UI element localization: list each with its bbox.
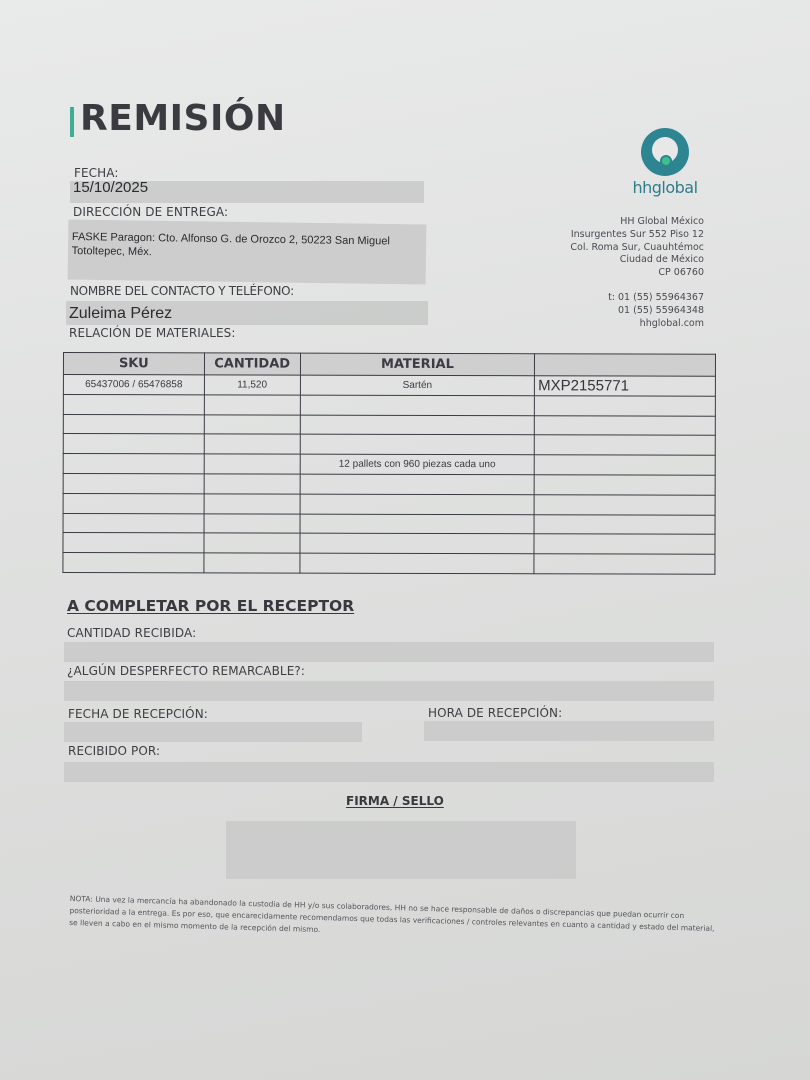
table-header-row: SKU CANTIDAD MATERIAL: [63, 353, 715, 377]
company-line: Col. Roma Sur, Cuauhtémoc: [570, 242, 704, 255]
table-row: 12 pallets con 960 piezas cada uno: [63, 454, 715, 476]
desperfecto-field[interactable]: [64, 681, 714, 701]
cantidad-cell: [204, 434, 300, 454]
sku-cell: [63, 414, 204, 434]
table-row: [63, 513, 715, 535]
material-cell: [300, 474, 535, 494]
material-cell: [300, 514, 535, 534]
sku-cell: [63, 454, 204, 474]
fecha-recepcion-label: FECHA DE RECEPCIÓN:: [68, 707, 208, 721]
fecha-label: FECHA:: [74, 166, 119, 180]
company-line: Insurgentes Sur 552 Piso 12: [570, 229, 704, 242]
cantidad-cell: [204, 414, 300, 434]
table-row: [63, 414, 715, 436]
material-cell: [300, 533, 535, 553]
table-row: 65437006 / 6547685811,520SarténMXP215577…: [63, 375, 715, 397]
hora-recepcion-field[interactable]: [424, 721, 714, 741]
cantidad-recibida-field[interactable]: [64, 642, 714, 662]
sku-cell: 65437006 / 65476858: [63, 375, 204, 395]
header-material: MATERIAL: [300, 353, 535, 376]
sku-cell: [63, 533, 204, 553]
material-cell: 12 pallets con 960 piezas cada uno: [300, 454, 535, 474]
reference-cell: [535, 415, 716, 435]
hora-recepcion-label: HORA DE RECEPCIÓN:: [428, 706, 562, 720]
header-sku: SKU: [63, 353, 204, 375]
sku-cell: [63, 473, 204, 493]
firma-sello-field[interactable]: [226, 821, 576, 879]
direccion-label: DIRECCIÓN DE ENTREGA:: [73, 205, 228, 219]
material-cell: [300, 553, 535, 573]
hhglobal-logo-icon: [641, 128, 689, 176]
logo-wordmark: hhglobal: [620, 178, 710, 197]
cantidad-cell: [204, 553, 300, 573]
table-row: [63, 533, 715, 555]
cantidad-cell: [204, 454, 300, 474]
material-cell: [300, 415, 535, 435]
material-cell: [300, 395, 535, 415]
cantidad-cell: 11,520: [204, 375, 300, 395]
recibido-por-label: RECIBIDO POR:: [68, 744, 160, 758]
reference-cell: [535, 396, 716, 416]
cantidad-cell: [204, 494, 300, 514]
cantidad-cell: [204, 395, 300, 415]
reference-cell: MXP2155771: [535, 376, 716, 396]
reference-cell: [534, 435, 715, 455]
header-extra: [535, 354, 716, 376]
remision-document: REMISIÓN FECHA: 15/10/2025 DIRECCIÓN DE …: [0, 0, 810, 1080]
reference-cell: [534, 534, 715, 554]
table-row: [63, 493, 715, 515]
materials-table: SKU CANTIDAD MATERIAL 65437006 / 6547685…: [62, 352, 716, 575]
nota-disclaimer: NOTA: Una vez la mercancía ha abandonado…: [69, 893, 720, 947]
company-line: CP 06760: [570, 267, 704, 280]
contacto-label: NOMBRE DEL CONTACTO Y TELÉFONO:: [70, 284, 294, 298]
reference-cell: [534, 475, 715, 495]
recibido-por-field[interactable]: [64, 762, 714, 782]
material-cell: [300, 494, 535, 514]
company-phone-1: t: 01 (55) 55964367: [570, 292, 704, 305]
company-line: HH Global México: [570, 216, 704, 229]
receptor-section-title: A COMPLETAR POR EL RECEPTOR: [67, 597, 354, 615]
table-row: [63, 553, 715, 575]
contacto-value: Zuleima Pérez: [69, 305, 172, 323]
cantidad-cell: [204, 513, 300, 533]
material-cell: Sartén: [300, 375, 535, 395]
reference-cell: [534, 514, 715, 534]
hhglobal-logo: hhglobal: [620, 128, 710, 197]
materiales-label: RELACIÓN DE MATERIALES:: [69, 326, 236, 340]
sku-cell: [63, 394, 204, 414]
reference-cell: [534, 554, 715, 574]
table-row: [63, 473, 715, 495]
table-row: [63, 434, 715, 456]
company-website: hhglobal.com: [570, 318, 704, 331]
sku-cell: [63, 553, 204, 573]
material-cell: [300, 435, 535, 455]
company-phone-2: 01 (55) 55964348: [570, 305, 704, 318]
sku-cell: [63, 493, 204, 513]
title-text: REMISIÓN: [80, 98, 286, 139]
firma-sello-label: FIRMA / SELLO: [346, 794, 444, 808]
cantidad-cell: [204, 533, 300, 553]
cantidad-cell: [204, 474, 300, 494]
header-cantidad: CANTIDAD: [204, 353, 300, 375]
fecha-value: 15/10/2025: [73, 179, 148, 196]
company-info: HH Global México Insurgentes Sur 552 Pis…: [570, 216, 704, 330]
title-accent-bar: [70, 107, 74, 137]
cantidad-recibida-label: CANTIDAD RECIBIDA:: [67, 626, 196, 640]
document-title: REMISIÓN: [70, 98, 286, 139]
company-line: Ciudad de México: [570, 254, 704, 267]
direccion-value: FASKE Paragon: Cto. Alfonso G. de Orozco…: [72, 230, 412, 263]
sku-cell: [63, 434, 204, 454]
sku-cell: [63, 513, 204, 533]
desperfecto-label: ¿ALGÚN DESPERFECTO REMARCABLE?:: [67, 664, 305, 678]
reference-cell: [534, 495, 715, 515]
table-row: [63, 394, 715, 416]
reference-cell: [534, 455, 715, 475]
fecha-recepcion-field[interactable]: [64, 722, 362, 742]
